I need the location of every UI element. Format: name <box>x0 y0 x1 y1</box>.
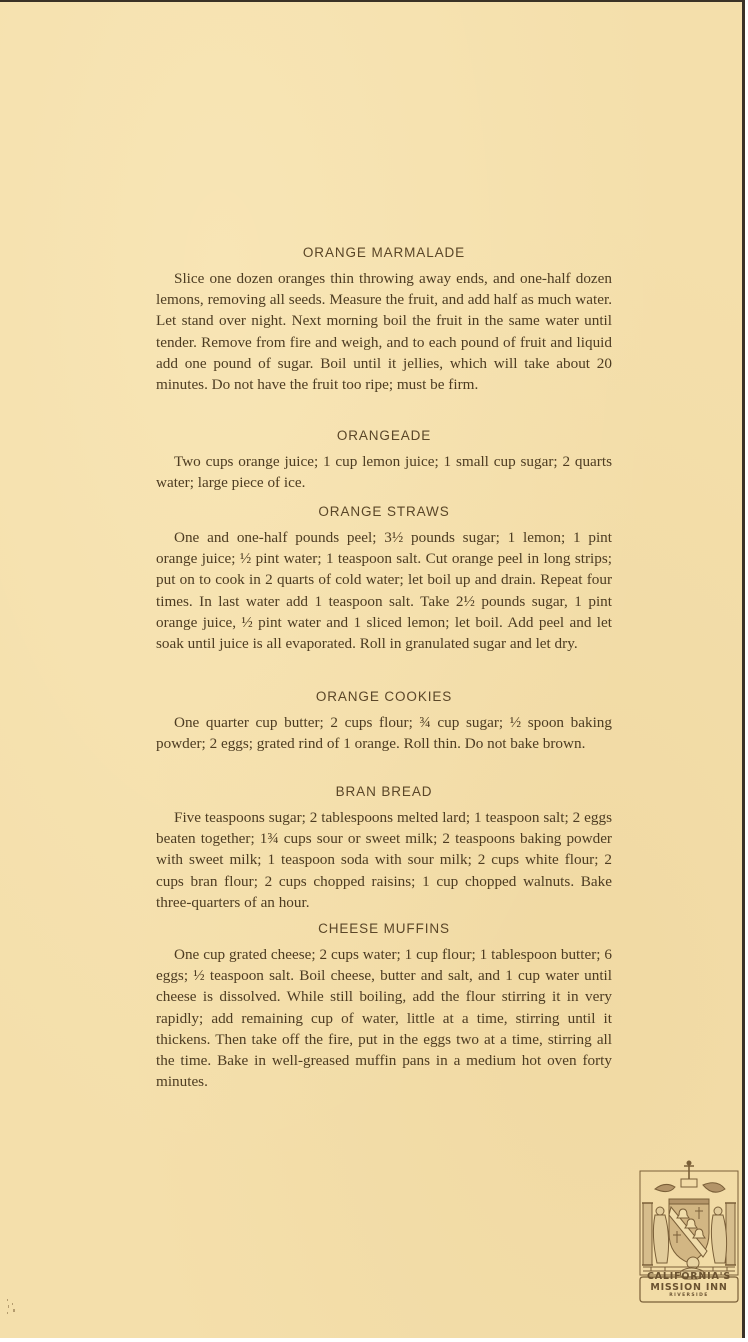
recipe-body: Slice one dozen oranges thin throwing aw… <box>156 268 612 395</box>
recipe-bran-bread: BRAN BREAD Five teaspoons sugar; 2 table… <box>156 784 612 913</box>
paper-blemish-icon <box>4 1297 16 1321</box>
recipe-orangeade: ORANGEADE Two cups orange juice; 1 cup l… <box>156 428 612 493</box>
mission-inn-logo: CALIFORNIA'S MISSION INN RIVERSIDE <box>637 1159 741 1305</box>
recipe-title: ORANGEADE <box>156 428 612 443</box>
logo-line-mission-inn: MISSION INN <box>641 1282 737 1293</box>
recipe-page: ORANGE MARMALADE Slice one dozen oranges… <box>0 0 745 1338</box>
recipe-body: One quarter cup butter; 2 cups flour; ¾ … <box>156 712 612 754</box>
recipe-body: One cup grated cheese; 2 cups water; 1 c… <box>156 944 612 1092</box>
recipe-body: One and one-half pounds peel; 3½ pounds … <box>156 527 612 654</box>
recipe-title: ORANGE COOKIES <box>156 689 612 704</box>
recipe-body: Two cups orange juice; 1 cup lemon juice… <box>156 451 612 493</box>
recipe-title: ORANGE MARMALADE <box>156 245 612 260</box>
logo-caption: CALIFORNIA'S MISSION INN RIVERSIDE <box>641 1271 737 1299</box>
recipe-cheese-muffins: CHEESE MUFFINS One cup grated cheese; 2 … <box>156 921 612 1092</box>
recipe-orange-marmalade: ORANGE MARMALADE Slice one dozen oranges… <box>156 245 612 395</box>
recipe-title: CHEESE MUFFINS <box>156 921 612 936</box>
logo-line-riverside: RIVERSIDE <box>641 1293 737 1299</box>
recipe-body: Five teaspoons sugar; 2 tablespoons melt… <box>156 807 612 913</box>
recipe-orange-cookies: ORANGE COOKIES One quarter cup butter; 2… <box>156 689 612 754</box>
logo-line-californias: CALIFORNIA'S <box>641 1271 737 1282</box>
recipe-title: BRAN BREAD <box>156 784 612 799</box>
recipe-orange-straws: ORANGE STRAWS One and one-half pounds pe… <box>156 504 612 654</box>
recipe-title: ORANGE STRAWS <box>156 504 612 519</box>
